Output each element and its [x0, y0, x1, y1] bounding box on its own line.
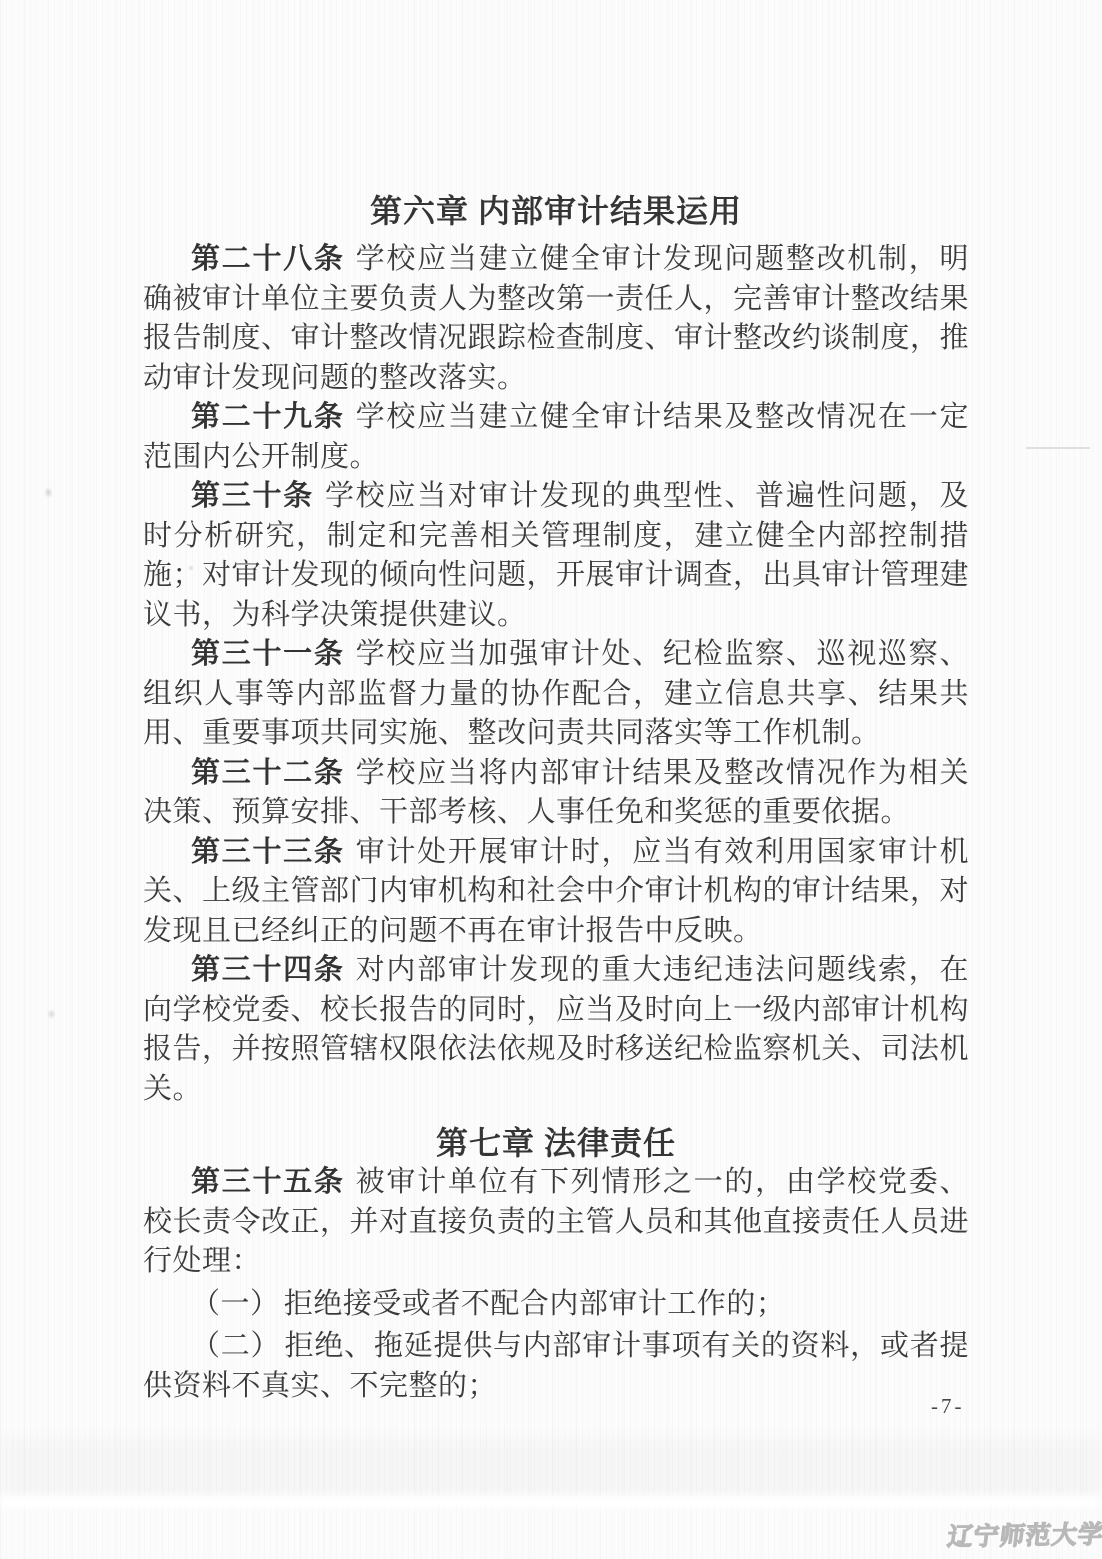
article-28-number: 第二十八条	[191, 243, 345, 275]
chapter6-title: 第六章 内部审计结果运用	[143, 189, 969, 233]
article-32: 第三十二条学校应当将内部审计结果及整改情况作为相关决策、预算安排、干部考核、人事…	[143, 754, 969, 833]
list-item-1: （一）拒绝接受或者不配合内部审计工作的；	[143, 1285, 969, 1325]
article-35: 第三十五条被审计单位有下列情形之一的，由学校党委、校长责令改正，并对直接负责的主…	[143, 1163, 969, 1282]
article-29-number: 第二十九条	[191, 401, 345, 433]
article-31-number: 第三十一条	[191, 638, 345, 670]
list-item-1-label: （一）	[191, 1288, 280, 1320]
scan-artifact-line	[1026, 447, 1090, 449]
list-item-1-text: 拒绝接受或者不配合内部审计工作的；	[284, 1288, 786, 1320]
scan-artifact-band-light	[0, 1495, 1102, 1509]
scan-speck	[44, 487, 53, 498]
article-33: 第三十三条审计处开展审计时，应当有效利用国家审计机关、上级主管部门内审机构和社会…	[143, 833, 969, 952]
list-item-2: （二）拒绝、拖延提供与内部审计事项有关的资料，或者提供资料不真实、不完整的；	[143, 1327, 969, 1406]
scan-artifact-band	[0, 1438, 1102, 1500]
scanned-document-page: 第六章 内部审计结果运用 第二十八条学校应当建立健全审计发现问题整改机制，明确被…	[0, 0, 1102, 1559]
chapter7-title: 第七章 法律责任	[143, 1123, 969, 1163]
article-34-number: 第三十四条	[191, 954, 345, 986]
scan-speck	[47, 1009, 56, 1019]
article-31: 第三十一条学校应当加强审计处、纪检监察、巡视巡察、组织人事等内部监督力量的协作配…	[143, 635, 969, 754]
article-28: 第二十八条学校应当建立健全审计发现问题整改机制，明确被审计单位主要负责人为整改第…	[143, 240, 969, 398]
article-29: 第二十九条学校应当建立健全审计结果及整改情况在一定范围内公开制度。	[143, 398, 969, 477]
article-30-number: 第三十条	[191, 480, 314, 512]
page-number: -7-	[931, 1394, 965, 1419]
article-30: 第三十条学校应当对审计发现的典型性、普遍性问题，及时分析研究，制定和完善相关管理…	[143, 477, 969, 635]
list-item-2-label: （二）	[191, 1330, 280, 1362]
document-content: 第六章 内部审计结果运用 第二十八条学校应当建立健全审计发现问题整改机制，明确被…	[143, 189, 969, 1406]
article-34: 第三十四条对内部审计发现的重大违纪违法问题线索，在向学校党委、校长报告的同时，应…	[143, 951, 969, 1109]
article-32-number: 第三十二条	[191, 757, 345, 789]
university-watermark: 辽宁师范大学	[946, 1515, 1102, 1554]
article-33-number: 第三十三条	[191, 836, 345, 868]
article-35-number: 第三十五条	[191, 1166, 345, 1198]
